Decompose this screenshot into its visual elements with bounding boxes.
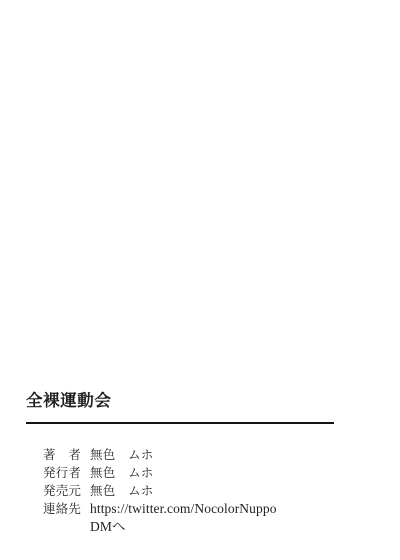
- colophon-row-contact: 連絡先 https://twitter.com/NocolorNuppo: [43, 500, 277, 518]
- book-title: 全裸運動会: [26, 391, 112, 411]
- title-underline-rule: [26, 422, 334, 424]
- contact-dm-text: DMへ: [90, 518, 126, 536]
- colophon-block: 著 者 無色 ムホ 発行者 無色 ムホ 発売元 無色 ムホ 連絡先 https:…: [43, 446, 277, 536]
- colophon-row-author: 著 者 無色 ムホ: [43, 446, 277, 464]
- colophon-page: 全裸運動会 著 者 無色 ムホ 発行者 無色 ムホ 発売元 無色 ムホ 連絡先 …: [0, 0, 400, 560]
- publisher-label: 発行者: [43, 464, 81, 482]
- contact-label: 連絡先: [43, 500, 81, 518]
- colophon-row-distributor: 発売元 無色 ムホ: [43, 482, 277, 500]
- colophon-row-contact-continued: DMへ: [43, 518, 277, 536]
- author-label: 著 者: [43, 446, 81, 464]
- distributor-label: 発売元: [43, 482, 81, 500]
- publisher-value: 無色 ムホ: [90, 464, 154, 482]
- author-value: 無色 ムホ: [90, 446, 154, 464]
- colophon-row-publisher: 発行者 無色 ムホ: [43, 464, 277, 482]
- distributor-value: 無色 ムホ: [90, 482, 154, 500]
- contact-url-text: https://twitter.com/NocolorNuppo: [90, 500, 277, 518]
